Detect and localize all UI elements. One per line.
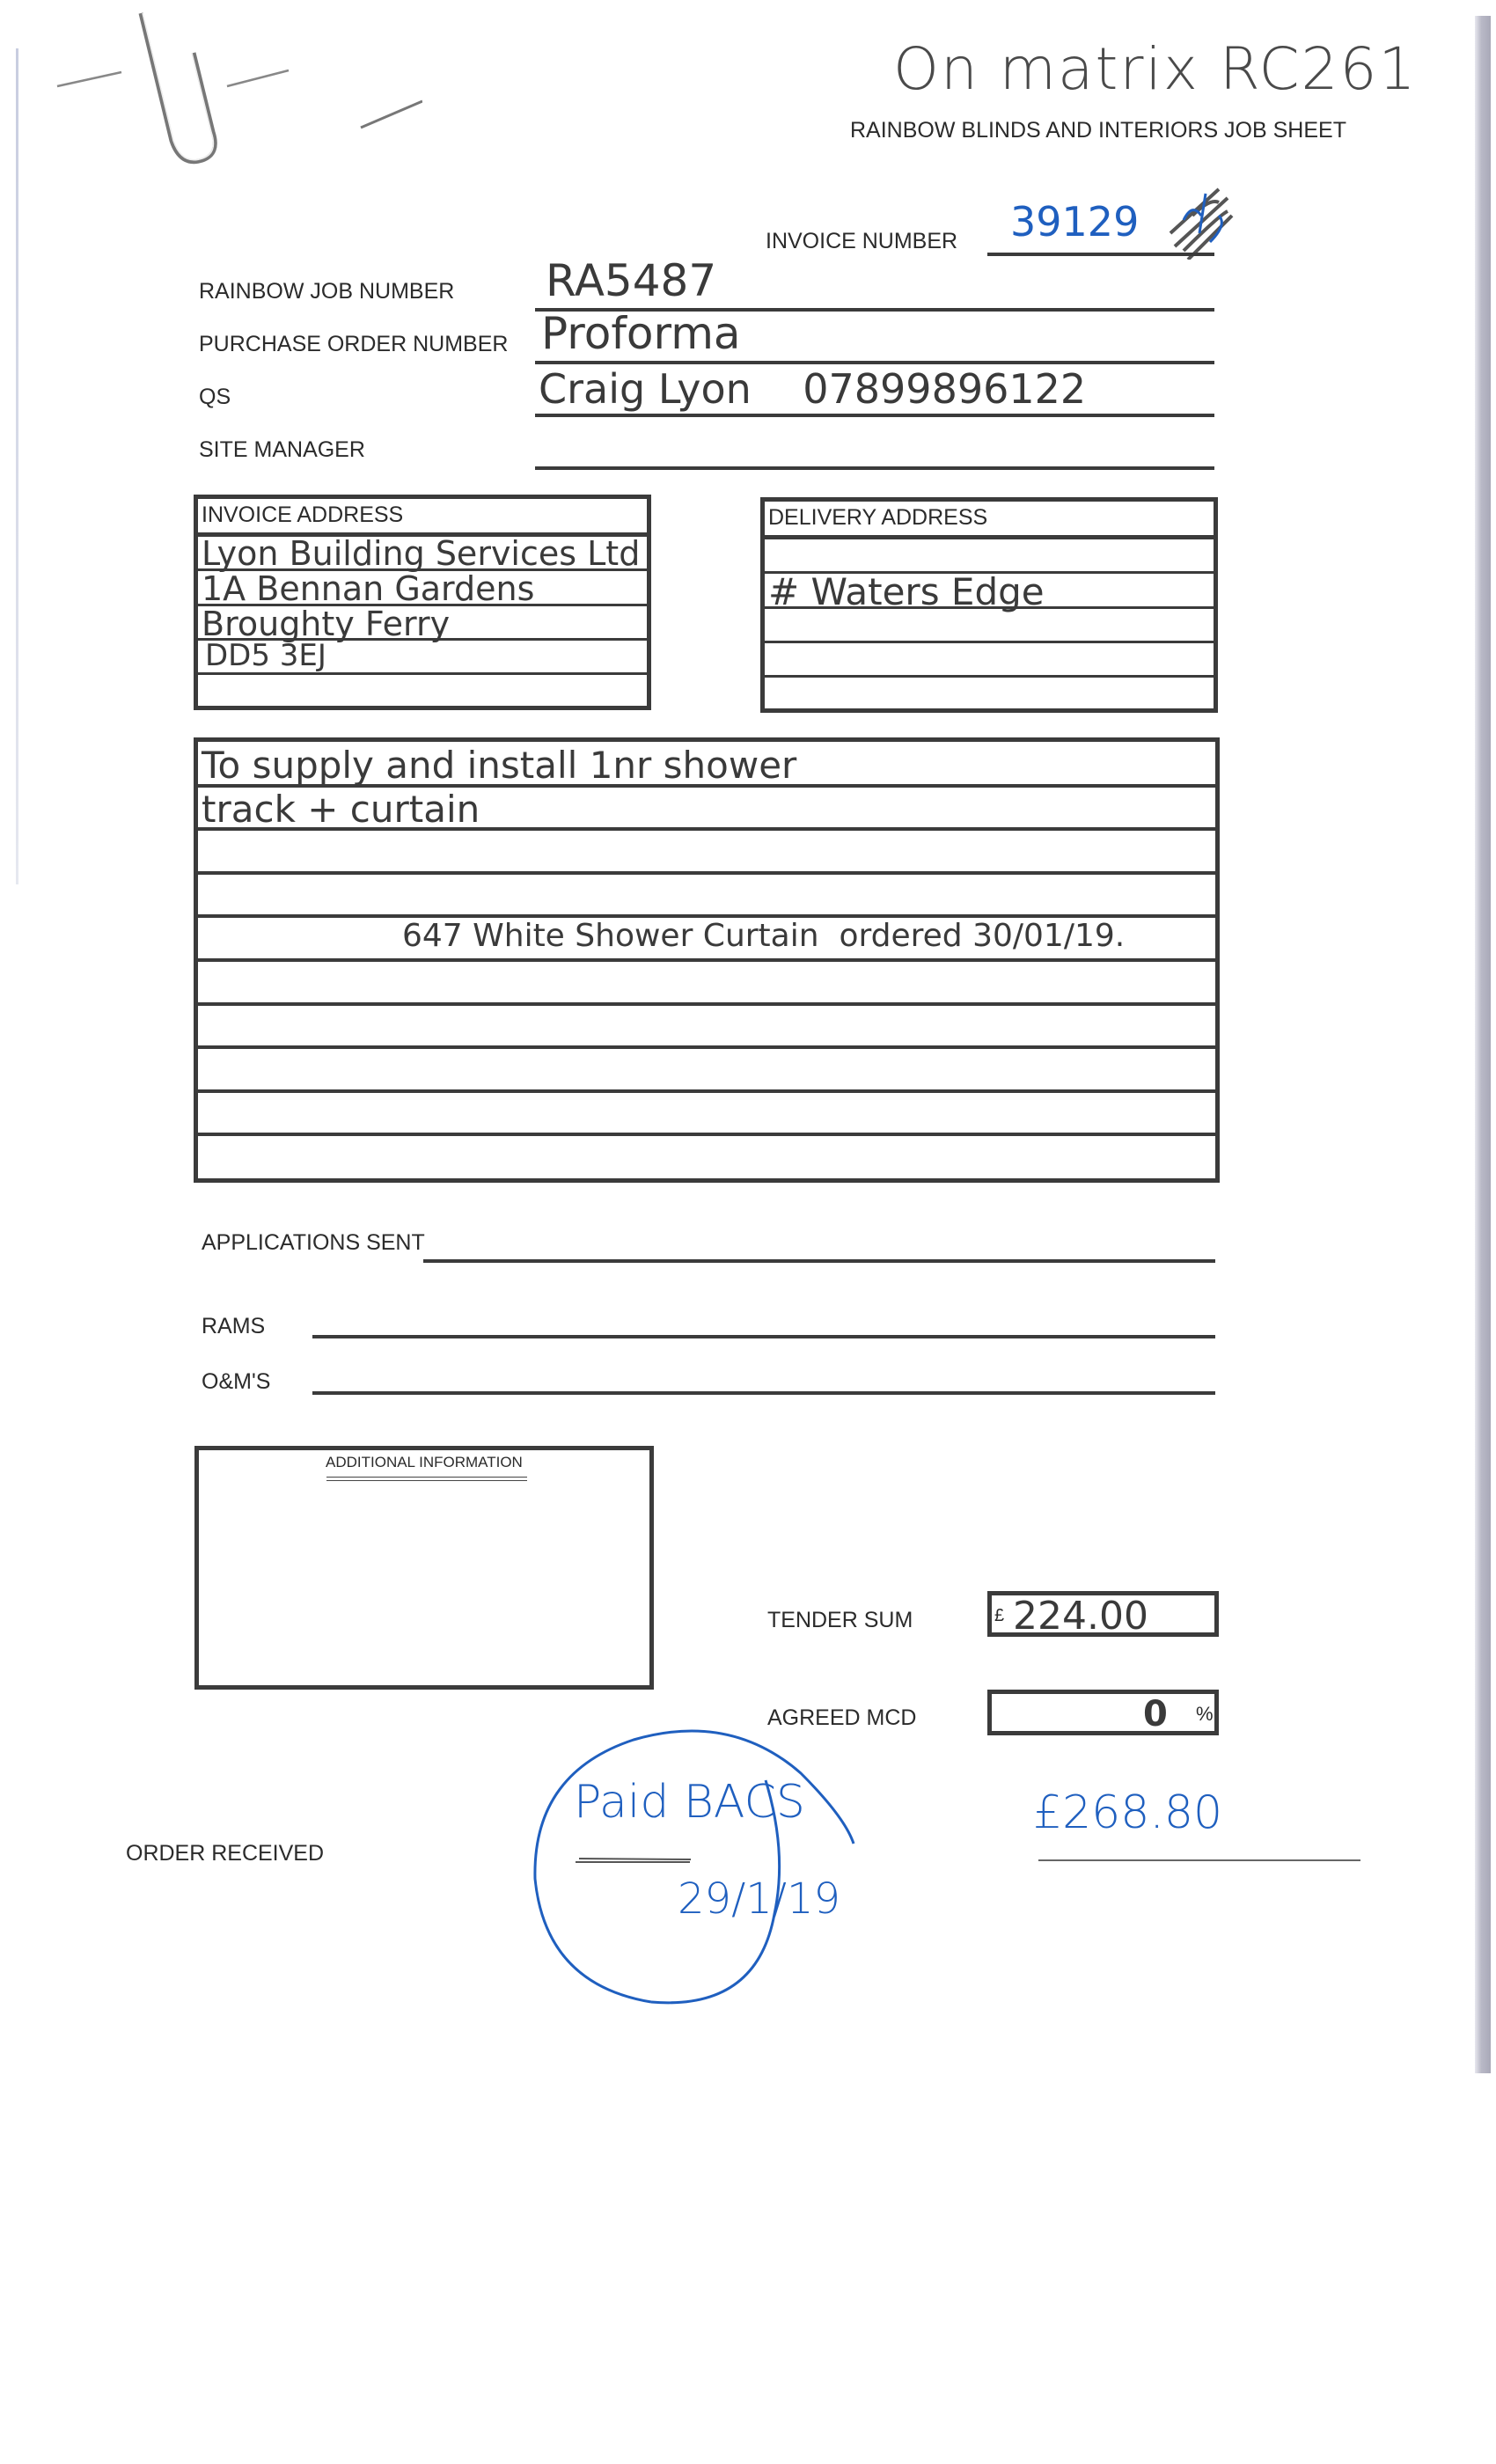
purchase-order-line <box>535 361 1214 364</box>
tender-sum-box[interactable]: £ 224.00 <box>987 1591 1219 1637</box>
top-annotation: On matrix RC261 <box>893 35 1418 103</box>
divider <box>198 1133 1215 1136</box>
label-underline <box>326 1477 527 1481</box>
invoice-number-label: INVOICE NUMBER <box>766 229 957 254</box>
paid-bacs-text: Paid BACS <box>574 1776 805 1829</box>
page-edge-shadow <box>1475 16 1491 2073</box>
percent-symbol: % <box>1196 1703 1214 1726</box>
delivery-address-box: DELIVERY ADDRESS # Waters Edge <box>760 497 1218 713</box>
invoice-address-line-1[interactable]: Lyon Building Services Ltd <box>202 534 640 573</box>
additional-information-box[interactable]: ADDITIONAL INFORMATION <box>194 1446 654 1690</box>
invoice-address-line-4[interactable]: DD5 3EJ <box>205 638 326 673</box>
qs-line <box>535 414 1214 417</box>
oms-label: O&M'S <box>202 1369 270 1395</box>
invoice-number-value[interactable]: 39129 <box>1010 198 1139 246</box>
paid-date-text: 29/1/19 <box>678 1874 840 1924</box>
job-description-box: To supply and install 1nr showertrack + … <box>194 737 1220 1183</box>
paid-stamp-circle-icon <box>528 1720 986 2011</box>
additional-information-label: ADDITIONAL INFORMATION <box>326 1454 523 1471</box>
divider <box>765 675 1214 678</box>
divider <box>198 871 1215 875</box>
delivery-address-label: DELIVERY ADDRESS <box>768 505 987 531</box>
rams-label: RAMS <box>202 1314 265 1339</box>
invoice-number-line <box>987 253 1214 256</box>
applications-sent-label: APPLICATIONS SENT <box>202 1230 425 1256</box>
divider <box>765 535 1214 539</box>
tender-sum-value: 224.00 <box>1013 1594 1148 1639</box>
purchase-order-label: PURCHASE ORDER NUMBER <box>199 332 508 357</box>
stamp-divider <box>576 1861 690 1863</box>
invoice-address-box: INVOICE ADDRESS Lyon Building Services L… <box>194 495 651 710</box>
applications-sent-line[interactable] <box>423 1259 1215 1263</box>
invoice-address-label: INVOICE ADDRESS <box>202 502 403 528</box>
divider <box>198 827 1215 831</box>
oms-line[interactable] <box>312 1391 1215 1395</box>
site-manager-line <box>535 466 1214 470</box>
tender-sum-label: TENDER SUM <box>767 1608 913 1633</box>
currency-symbol: £ <box>994 1606 1004 1626</box>
paperclip-icon <box>53 9 422 167</box>
description-line[interactable]: 647 White Shower Curtain ordered 30/01/1… <box>402 918 1125 954</box>
document-title: RAINBOW BLINDS AND INTERIORS JOB SHEET <box>850 118 1346 143</box>
delivery-address-line-2[interactable]: # Waters Edge <box>768 570 1045 613</box>
job-number-value[interactable]: RA5487 <box>546 255 716 306</box>
rams-line[interactable] <box>312 1335 1215 1338</box>
divider <box>198 1089 1215 1093</box>
qs-label: QS <box>199 385 231 410</box>
scan-edge <box>16 48 18 884</box>
amount-note: £268.80 <box>1033 1786 1222 1839</box>
scribble-mark-icon <box>1166 180 1236 260</box>
job-number-label: RAINBOW JOB NUMBER <box>199 279 454 304</box>
divider <box>198 1002 1215 1006</box>
agreed-mcd-value: 0 <box>1143 1694 1168 1734</box>
description-line[interactable]: To supply and install 1nr shower <box>202 744 796 787</box>
description-line[interactable]: track + curtain <box>202 788 480 831</box>
divider <box>765 641 1214 643</box>
divider <box>198 1045 1215 1049</box>
order-received-label: ORDER RECEIVED <box>126 1841 324 1866</box>
qs-value[interactable]: Craig Lyon 07899896122 <box>539 365 1086 413</box>
amount-note-line <box>1038 1859 1360 1861</box>
divider <box>198 958 1215 962</box>
invoice-address-line-2[interactable]: 1A Bennan Gardens <box>202 569 534 608</box>
agreed-mcd-box[interactable]: 0 % <box>987 1690 1219 1735</box>
purchase-order-value[interactable]: Proforma <box>541 308 741 359</box>
site-manager-label: SITE MANAGER <box>199 437 365 463</box>
